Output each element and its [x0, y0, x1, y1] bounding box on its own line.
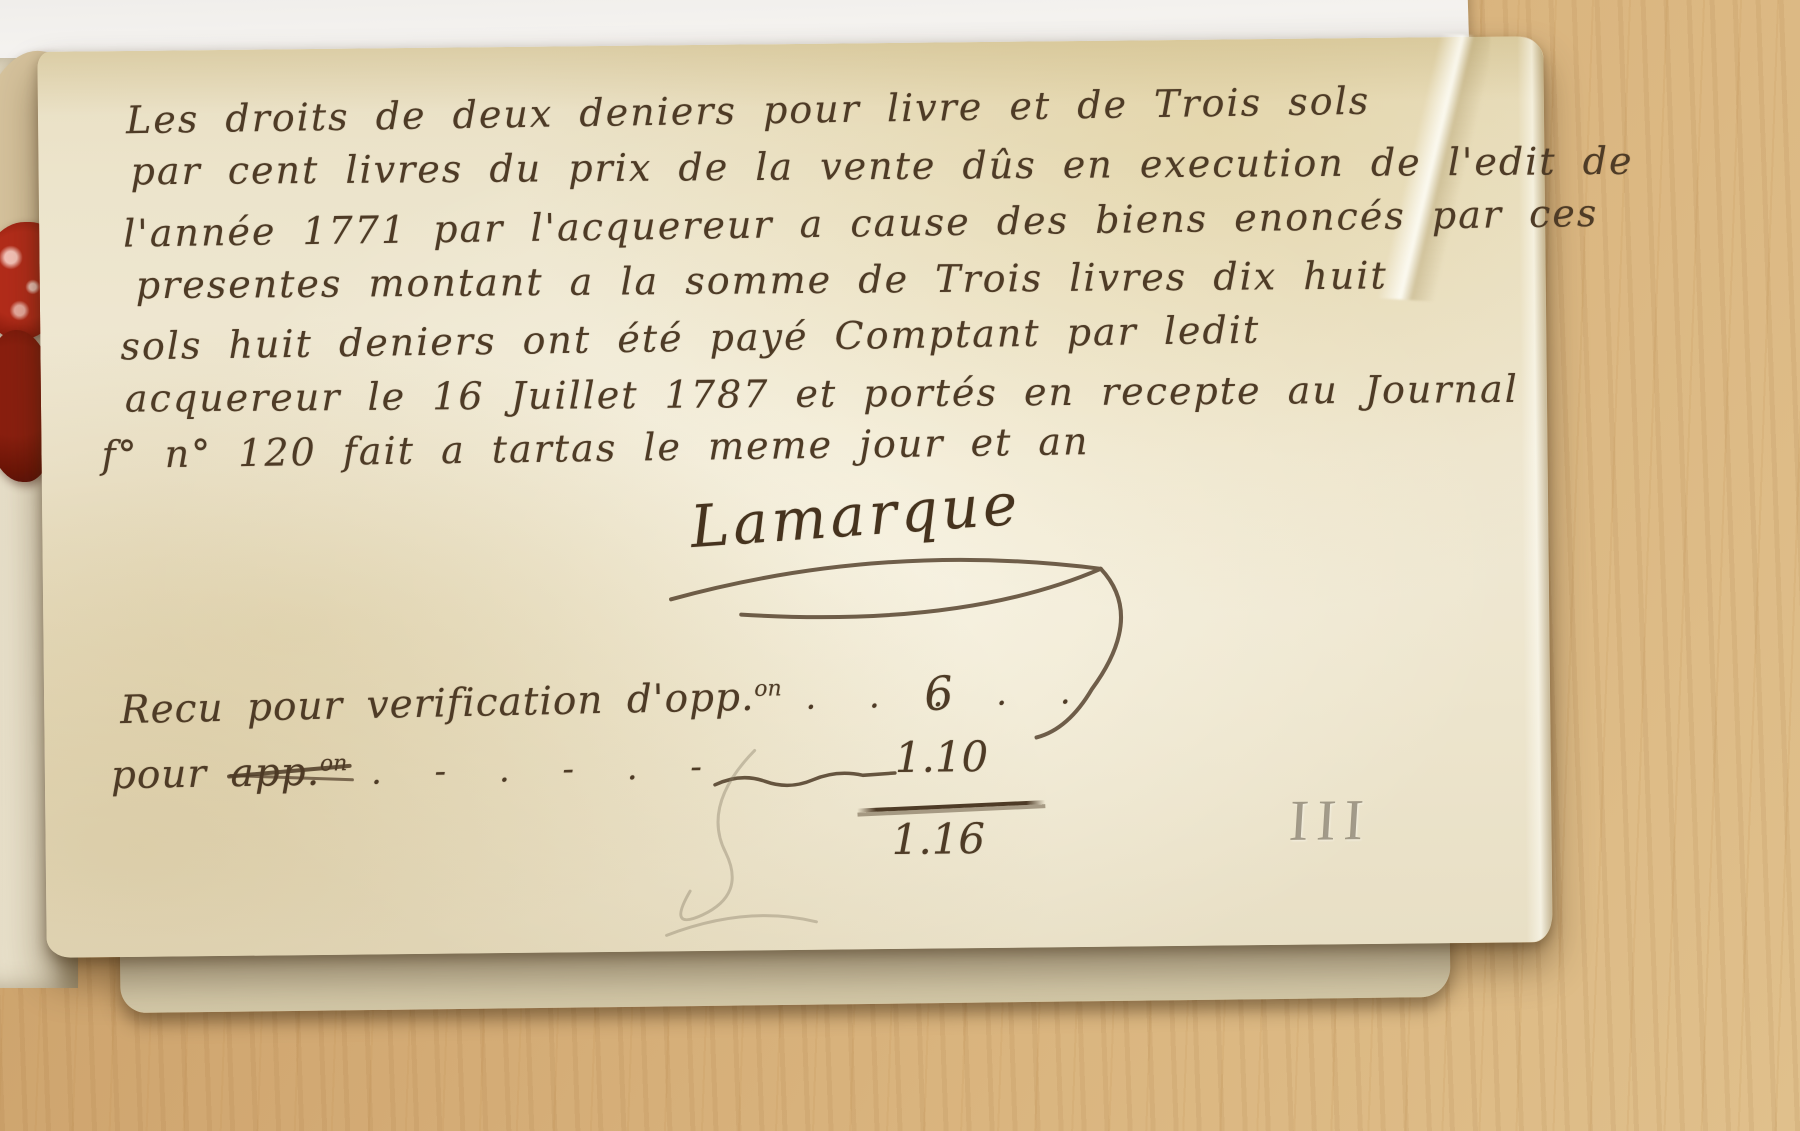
receipt-total: 1.16 — [891, 814, 985, 864]
manuscript-line-4: presentes montant a la somme de Trois li… — [136, 253, 1388, 307]
sum-divider-line — [857, 800, 1045, 813]
page-number-stamp: III — [1287, 786, 1373, 854]
receipt-line-1-label: Recu pour verification d'opp. — [120, 675, 755, 733]
receipt-amount-2: 1.10 — [894, 732, 988, 782]
manuscript-line-3: l'année 1771 par l'acquereur a cause des… — [123, 191, 1599, 256]
receipt-amount-1: 6 — [922, 665, 956, 721]
signature: Lamarque — [688, 470, 1023, 562]
manuscript-line-6: acquereur le 16 Juillet 1787 et portés e… — [125, 367, 1519, 421]
parchment-sheet: Les droits de deux deniers pour livre et… — [37, 36, 1552, 958]
manuscript-line-1: Les droits de deux deniers pour livre et… — [126, 79, 1371, 143]
receipt-line-1-superscript: on — [754, 676, 782, 702]
crossed-out-word: app.on — [230, 749, 348, 796]
receipt-line-2-label: pour — [110, 752, 207, 799]
faint-ink-flourish — [605, 743, 867, 956]
photo-of-manuscript: une chaussée de tartas pour en jouir en … — [0, 0, 1800, 1131]
manuscript-line-7: f° n° 120 fait a tartas le meme jour et … — [101, 419, 1090, 477]
manuscript-line-5: sols huit deniers ont été payé Comptant … — [120, 308, 1260, 369]
